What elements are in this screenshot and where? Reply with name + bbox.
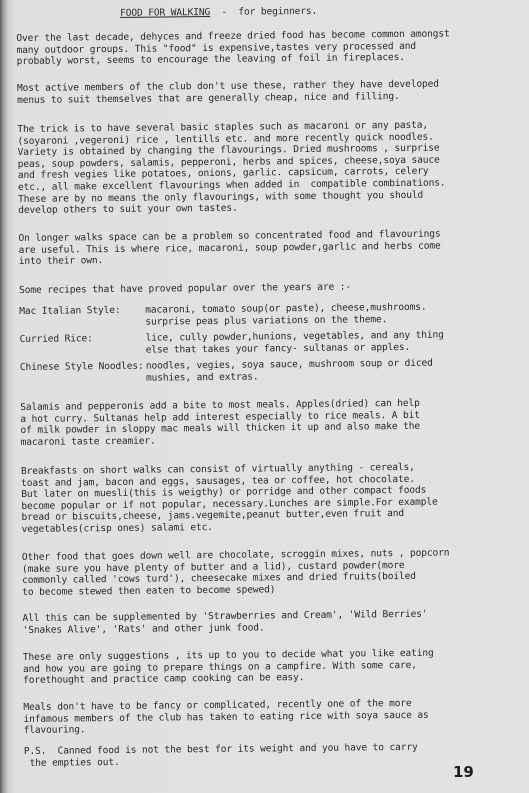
- recipe-curried-rice: Curried Rice:lice, cully powder,hunions,…: [19, 329, 529, 334]
- paragraph-salamis: Salamis and pepperonis add a bite to mos…: [20, 398, 420, 449]
- paragraph-suggestions: These are only suggestions , its up to y…: [23, 648, 434, 687]
- text-line: mushies, and extras.: [146, 369, 433, 384]
- text-line: else that takes your fancy- sultanas or …: [146, 341, 444, 356]
- paragraph-club-menus: Most active members of the club don't us…: [17, 79, 439, 107]
- title-line: FOOD FOR WALKING - for beginners.: [120, 6, 317, 20]
- text-line: surprise peas plus variations on the the…: [145, 313, 426, 328]
- paragraph-other-food: Other food that goes down well are choco…: [22, 547, 450, 598]
- page-subtitle: - for beginners.: [221, 6, 317, 18]
- paragraph-intro: Over the last decade, dehyces and freeze…: [16, 28, 450, 67]
- text-line: Some recipes that have proved popular ov…: [19, 282, 351, 297]
- paragraph-breakfasts: Breakfasts on short walks can consist of…: [21, 462, 438, 536]
- page-title: FOOD FOR WALKING: [120, 7, 210, 19]
- recipe-chinese-noodles: Chinese Style Noodles:noodles, vegies, s…: [20, 357, 529, 362]
- paragraph-recipes-intro: Some recipes that have proved popular ov…: [19, 282, 351, 297]
- recipe-description: lice, cully powder,hunions, vegetables, …: [145, 330, 443, 356]
- recipe-description: macaroni, tomato soup(or paste), cheese,…: [145, 302, 427, 328]
- paragraph-longer-walks: On longer walks space can be a problem s…: [18, 229, 440, 268]
- recipe-description: noodles, vegies, soya sauce, mushroom so…: [146, 358, 433, 384]
- paragraph-meals: Meals don't have to be fancy or complica…: [23, 698, 428, 737]
- page-number: 19: [453, 763, 474, 781]
- paragraph-staples: The trick is to have several basic stapl…: [17, 120, 446, 217]
- recipe-name: Chinese Style Noodles:: [20, 361, 144, 374]
- recipe-name: Curried Rice:: [19, 333, 92, 345]
- document-page: FOOD FOR WALKING - for beginners. Over t…: [0, 0, 529, 793]
- recipe-mac-italian: Mac Italian Style:macaroni, tomato soup(…: [19, 301, 529, 306]
- paragraph-ps: P.S. Canned food is not the best for its…: [24, 742, 418, 769]
- recipe-name: Mac Italian Style:: [19, 305, 120, 318]
- paragraph-supplements: All this can be supplemented by 'Strawbe…: [22, 609, 427, 636]
